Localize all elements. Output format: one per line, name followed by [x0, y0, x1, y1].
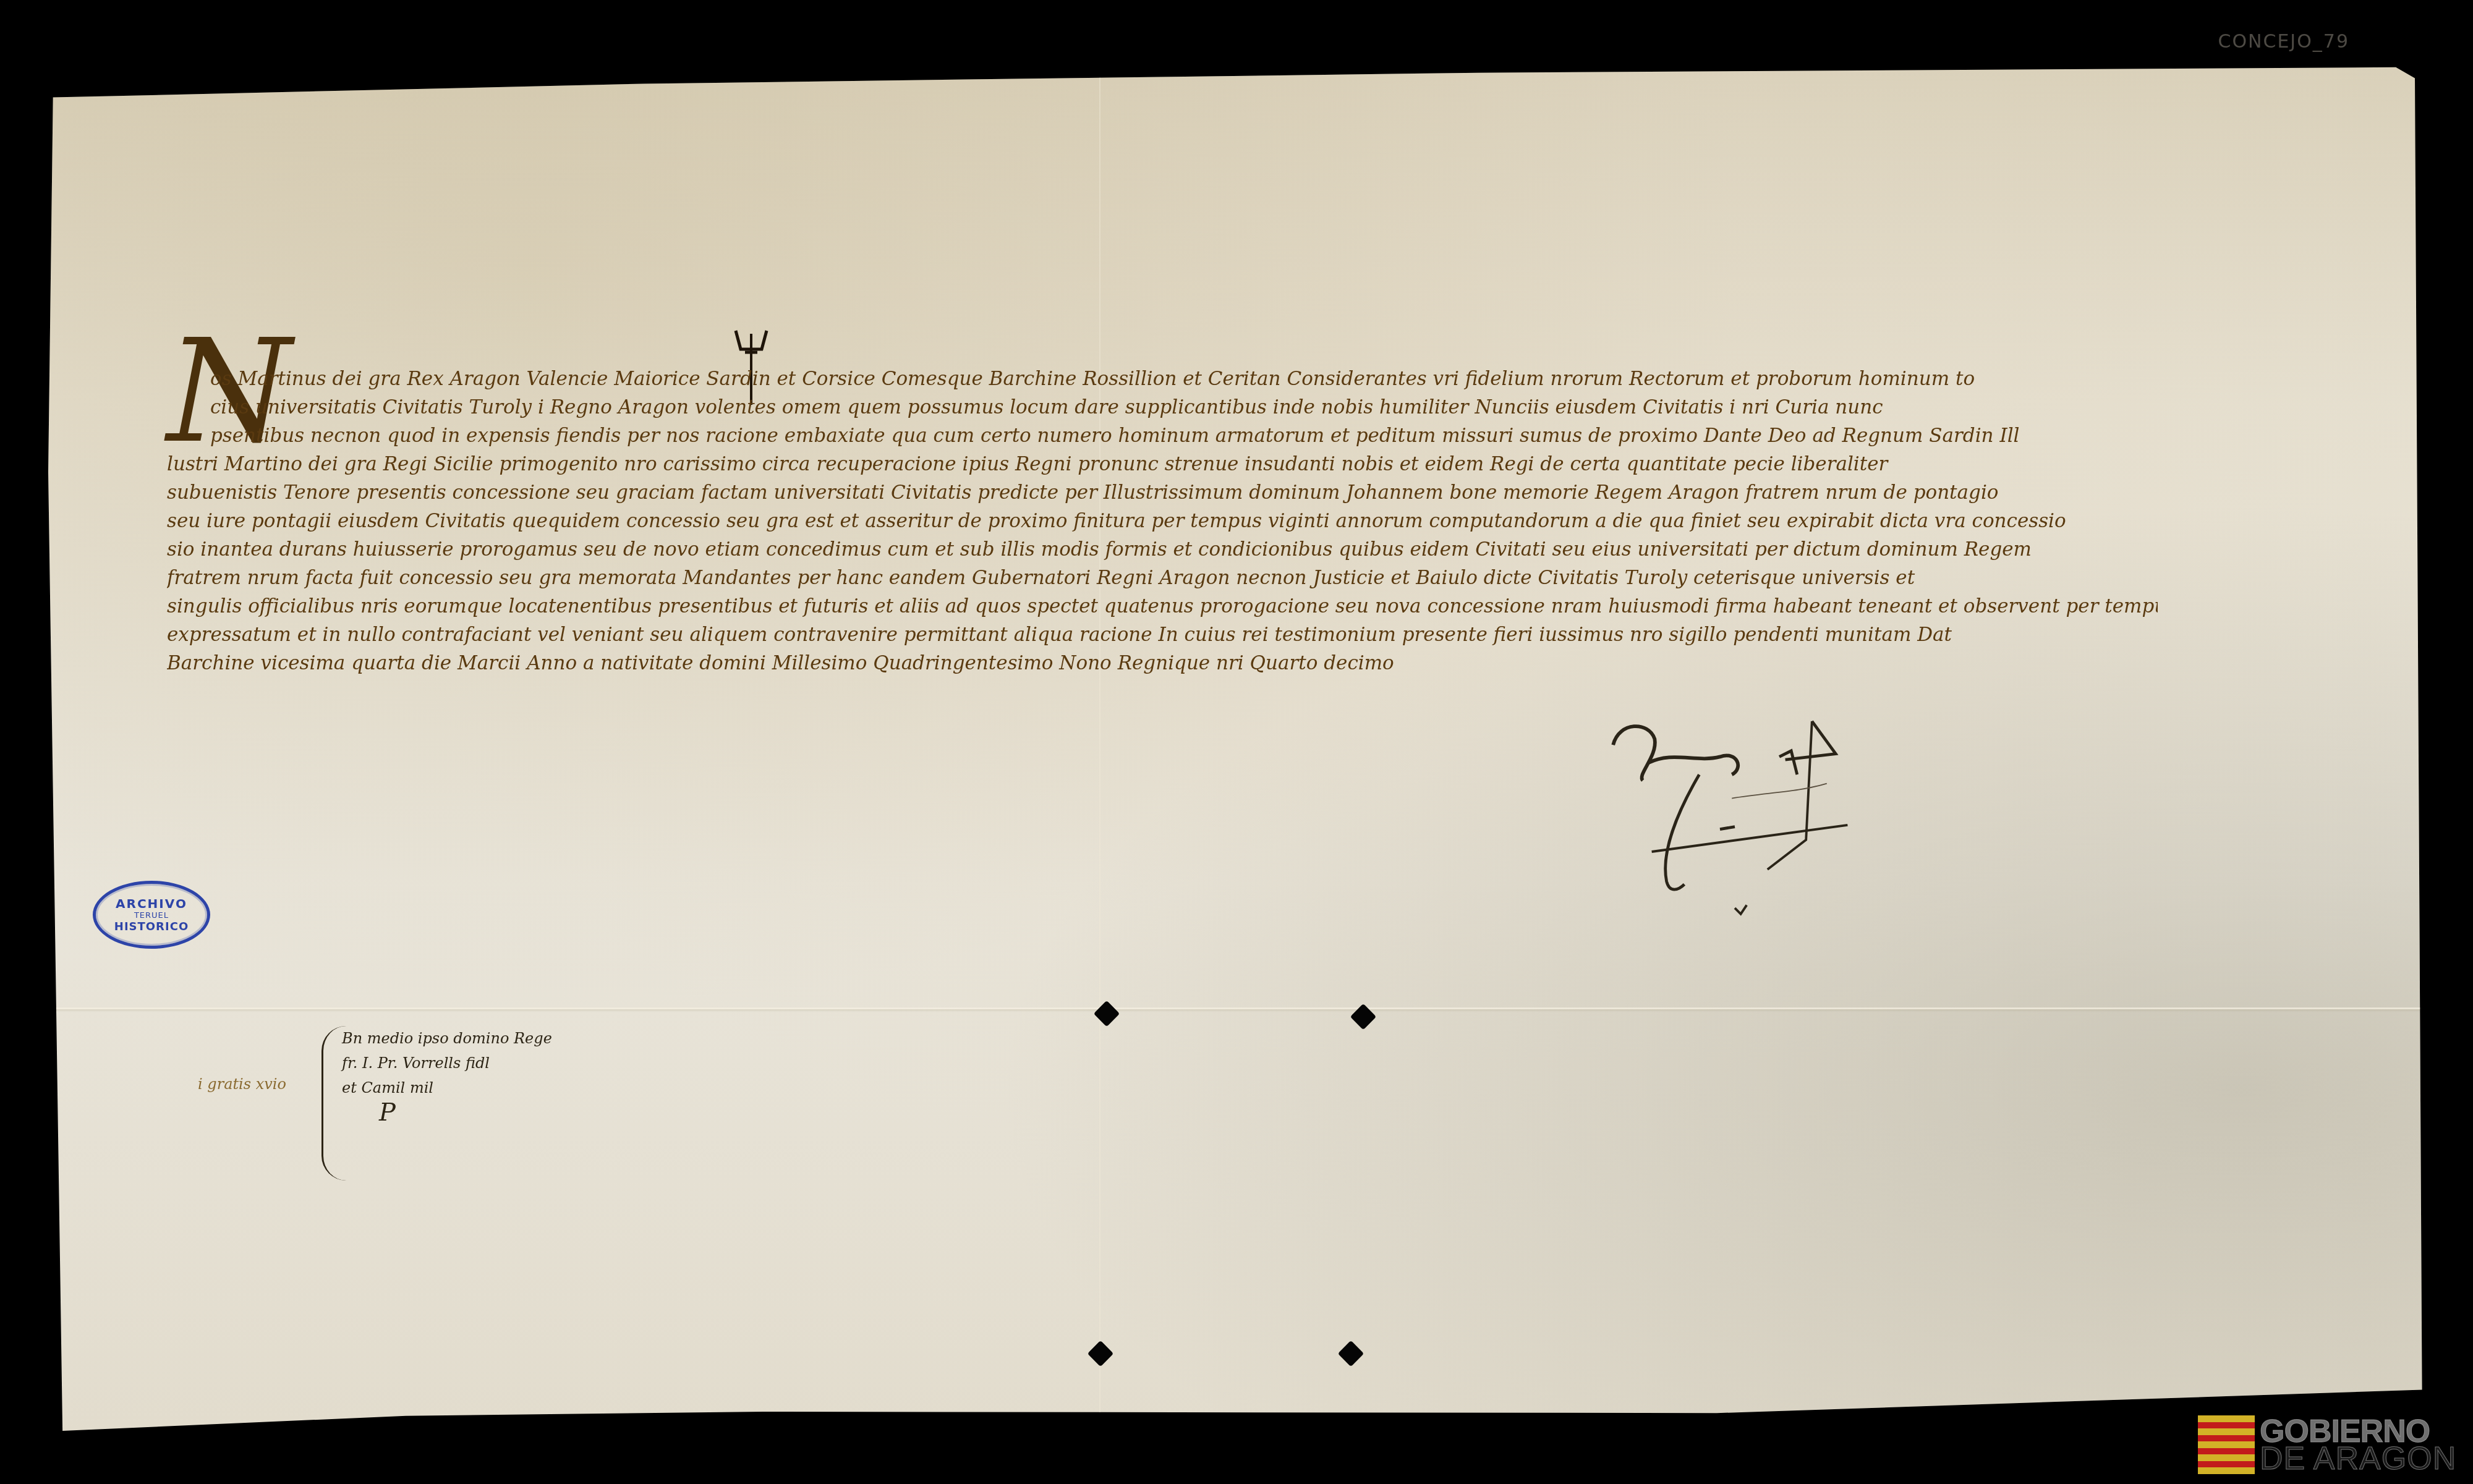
logo-line-2: DE ARAGON	[2260, 1445, 2456, 1472]
stamp-line-3: HISTORICO	[114, 920, 189, 933]
registry-line: Bn medio ipso domino Rege	[342, 1026, 564, 1051]
text-line: fratrem nrum facta fuit concessio seu gr…	[167, 564, 2158, 592]
charter-body-text: os Martinus dei gra Rex Aragon Valencie …	[167, 365, 2158, 677]
text-line: psentibus necnon quod in expensis fiendi…	[167, 422, 2158, 450]
vertical-fold-line	[1099, 62, 1100, 1431]
text-line: singulis officialibus nris eorumque loca…	[167, 592, 2158, 621]
registry-line: fr. I. Pr. Vorrells fidl	[342, 1051, 564, 1075]
text-line: sio inantea durans huiusserie prorogamus…	[167, 535, 2158, 564]
text-line: subuenistis Tenore presentis concessione…	[167, 478, 2158, 507]
chancery-registry-note: Bn medio ipso domino Rege fr. I. Pr. Vor…	[321, 1026, 564, 1181]
parchment-document	[48, 62, 2432, 1431]
stamp-line-2: TERUEL	[134, 911, 169, 920]
archive-stamp: ARCHIVO TERUEL HISTORICO	[93, 881, 210, 949]
shelfmark-label: CONCEJO_79	[2218, 31, 2349, 53]
registry-mark: P	[342, 1100, 564, 1125]
horizontal-fold-line	[48, 1007, 2432, 1009]
text-line: lustri Martino dei gra Regi Sicilie prim…	[167, 450, 2158, 478]
text-line: seu iure pontagii eiusdem Civitatis queq…	[167, 507, 2158, 535]
text-line: Barchine vicesima quarta die Marcii Anno…	[167, 649, 1638, 677]
aragon-flag-icon	[2198, 1415, 2255, 1474]
royal-signature: Rex Martinus	[1601, 698, 1898, 946]
registry-line: et Camil mil	[342, 1075, 564, 1100]
margin-note: i gratis xvio	[198, 1075, 286, 1093]
logo-text: GOBIERNO DE ARAGON	[2260, 1418, 2456, 1472]
gobierno-de-aragon-logo: GOBIERNO DE ARAGON	[2198, 1415, 2456, 1474]
text-line: expressatum et in nullo contrafaciant ve…	[167, 621, 2158, 649]
text-line: cius universitatis Civitatis Turoly i Re…	[167, 393, 2158, 422]
text-line: os Martinus dei gra Rex Aragon Valencie …	[167, 365, 2158, 393]
stamp-line-1: ARCHIVO	[116, 896, 187, 911]
